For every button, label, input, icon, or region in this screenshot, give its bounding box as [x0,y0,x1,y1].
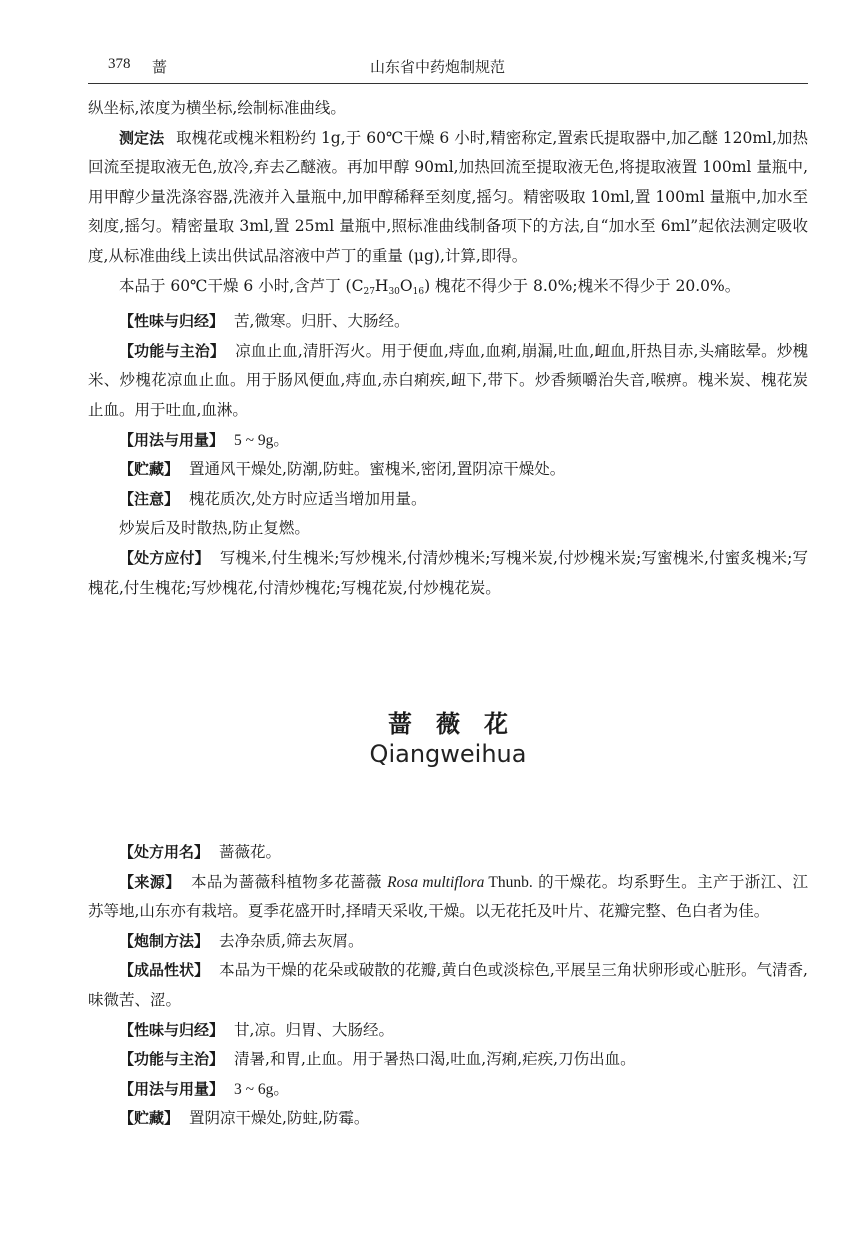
function-label: 【功能与主治】 [119,342,225,360]
source-latin-author: Thunb. [484,874,532,891]
assay-text: 取槐花或槐米粗粉约 1g,于 60℃干燥 6 小时,精密称定,置索氏提取器中,加… [88,129,808,265]
storage-label: 【贮藏】 [119,460,179,478]
product-label: 【成品性状】 [119,961,209,979]
prescription-name-paragraph: 【处方用名】蔷薇花。 [88,838,808,868]
continuation-text: 纵坐标,浓度为横坐标,绘制标准曲线。 [88,94,808,124]
page-number: 378 [108,56,131,73]
running-header: 378 蔷 山东省中药炮制规范 [88,56,808,80]
entry-dosage-paragraph: 【用法与用量】3 ~ 6g。 [88,1075,808,1105]
content-limit-prefix: 本品于 60℃干燥 6 小时,含芦丁 (C [119,277,363,295]
dosage-text: 5 ~ 9g。 [234,432,289,449]
dosage-label: 【用法与用量】 [119,431,224,449]
prescription-paragraph: 【处方应付】写槐米,付生槐米;写炒槐米,付清炒槐米;写槐米炭,付炒槐米炭;写蜜槐… [88,544,808,603]
book-title: 山东省中药炮制规范 [370,56,505,77]
function-paragraph: 【功能与主治】凉血止血,清肝泻火。用于便血,痔血,血痢,崩漏,吐血,衄血,肝热目… [88,337,808,426]
formula-sub-o: 16 [413,287,424,297]
entry-function-label: 【功能与主治】 [119,1050,224,1068]
formula-sub-c: 27 [363,287,374,297]
entry-body: 【处方用名】蔷薇花。 【来源】本品为蔷薇科植物多花蔷薇 Rosa multifl… [88,838,808,1134]
storage-paragraph: 【贮藏】置通风干燥处,防潮,防蛀。蜜槐米,密闭,置阴凉干燥处。 [88,455,808,485]
previous-entry-continuation: 纵坐标,浓度为横坐标,绘制标准曲线。 测定法取槐花或槐米粗粉约 1g,于 60℃… [88,94,808,603]
caution-extra-paragraph: 炒炭后及时散热,防止复燃。 [88,514,808,544]
entry-function-paragraph: 【功能与主治】清暑,和胃,止血。用于暑热口渴,吐血,泻痢,疟疾,刀伤出血。 [88,1045,808,1075]
formula-sub-h: 30 [388,287,399,297]
entry-nature-label: 【性味与归经】 [119,1021,224,1039]
entry-nature-text: 甘,凉。归胃、大肠经。 [234,1021,394,1039]
entry-storage-label: 【贮藏】 [119,1109,179,1127]
source-paragraph: 【来源】本品为蔷薇科植物多花蔷薇 Rosa multiflora Thunb. … [88,868,808,927]
prescription-name-text: 蔷薇花。 [219,843,281,861]
dosage-paragraph: 【用法与用量】5 ~ 9g。 [88,426,808,456]
header-rule [88,83,808,84]
entry-pinyin: Qiangweihua [88,740,808,768]
processing-text: 去净杂质,筛去灰屑。 [219,932,363,950]
prescription-name-label: 【处方用名】 [119,843,209,861]
content-limit-suffix: ) 槐花不得少于 8.0%;槐米不得少于 20.0%。 [424,277,740,295]
source-latin-name: Rosa multiflora [387,874,484,891]
processing-label: 【炮制方法】 [119,932,209,950]
entry-storage-paragraph: 【贮藏】置阴凉干燥处,防蛀,防霉。 [88,1104,808,1134]
entry-dosage-text: 3 ~ 6g。 [234,1081,289,1098]
entry-storage-text: 置阴凉干燥处,防蛀,防霉。 [189,1109,369,1127]
assay-paragraph: 测定法取槐花或槐米粗粉约 1g,于 60℃干燥 6 小时,精密称定,置索氏提取器… [88,124,808,272]
nature-label: 【性味与归经】 [119,312,224,330]
entry-nature-paragraph: 【性味与归经】甘,凉。归胃、大肠经。 [88,1016,808,1046]
prescription-label: 【处方应付】 [119,549,210,567]
source-text-before: 本品为蔷薇科植物多花蔷薇 [191,873,388,891]
entry-title: 蔷薇花 [88,704,808,739]
nature-paragraph: 【性味与归经】苦,微寒。归肝、大肠经。 [88,307,808,337]
source-label: 【来源】 [119,873,181,891]
entry-function-text: 清暑,和胃,止血。用于暑热口渴,吐血,泻痢,疟疾,刀伤出血。 [234,1050,636,1068]
entry-dosage-label: 【用法与用量】 [119,1080,224,1098]
formula-h: H [375,277,389,295]
product-paragraph: 【成品性状】本品为干燥的花朵或破散的花瓣,黄白色或淡棕色,平展呈三角状卵形或心脏… [88,956,808,1015]
caution-label: 【注意】 [119,490,179,508]
processing-paragraph: 【炮制方法】去净杂质,筛去灰屑。 [88,927,808,957]
formula-o: O [400,277,413,295]
content-limit-paragraph: 本品于 60℃干燥 6 小时,含芦丁 (C27H30O16) 槐花不得少于 8.… [88,272,808,308]
storage-text: 置通风干燥处,防潮,防蛀。蜜槐米,密闭,置阴凉干燥处。 [189,460,565,478]
caution-text: 槐花质次,处方时应适当增加用量。 [189,490,426,508]
section-character: 蔷 [152,56,167,77]
caution-paragraph: 【注意】槐花质次,处方时应适当增加用量。 [88,485,808,515]
assay-label: 测定法 [119,129,164,147]
nature-text: 苦,微寒。归肝、大肠经。 [234,312,409,330]
